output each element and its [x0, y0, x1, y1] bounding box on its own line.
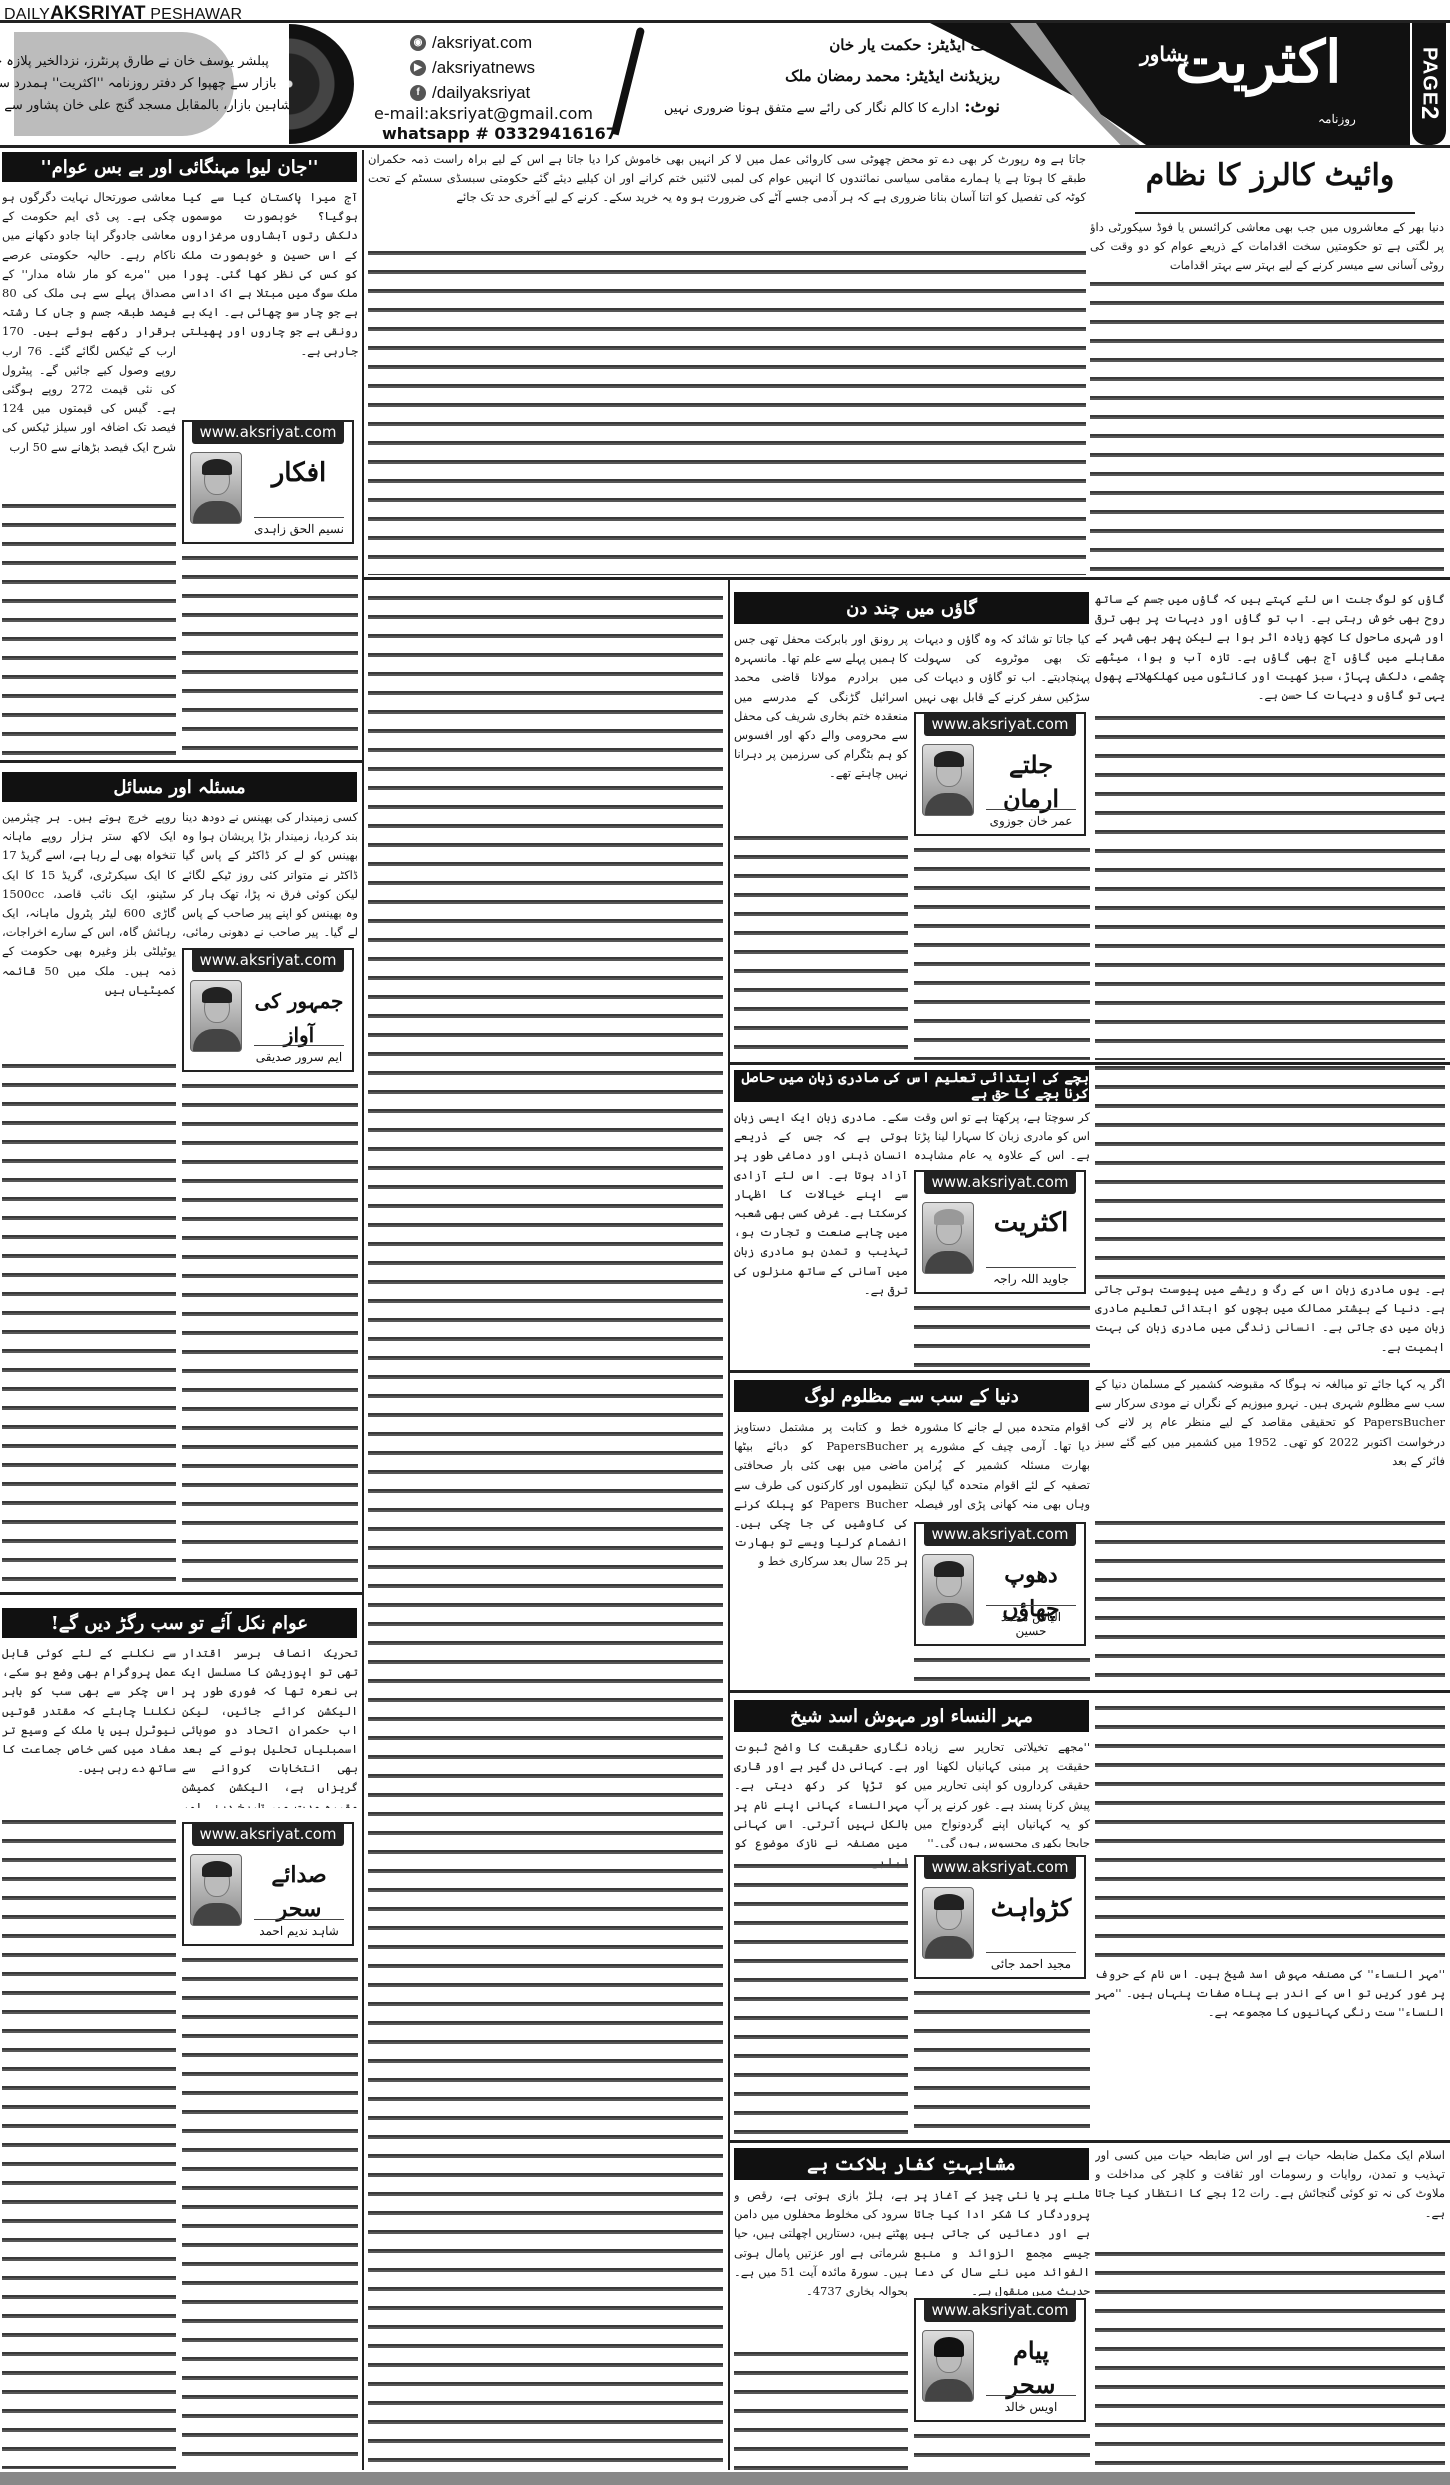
article-body: نگاری حقیقت کا واضح ثبوت ہے۔ کہانی دل گی… [734, 1740, 908, 1869]
editorial-title: وائیٹ کالرز کا نظام [1100, 158, 1440, 193]
text-lines [182, 550, 358, 758]
article-text: خط و کتابت پر مشتمل دستاویز PapersBucher… [734, 1418, 908, 1688]
column-name: صدائے سحر [254, 1858, 344, 1926]
text-lines [368, 245, 1086, 575]
text-lines [2, 498, 176, 758]
publisher-line: بازار سے چھپوا کر دفتر روزنامہ ''اکثریت'… [0, 73, 277, 95]
column-name: جلتے ارمان [986, 748, 1076, 816]
site-url[interactable]: www.aksriyat.com [924, 1170, 1076, 1194]
article-body: ''مجھے تخیلاتی تحاریر سے زیادہ حقیقت پر … [914, 1740, 1090, 1848]
column-divider [728, 580, 730, 2470]
article-text: سے نکلنے کے لئے کوئی قابل عمل پروگرام بھ… [2, 1644, 176, 2469]
text-lines [1090, 276, 1444, 573]
column-name: اکثریت [986, 1206, 1076, 1240]
article-text: کیا جاتا تو شائد کہ وہ گاؤں و دیہات تک ب… [914, 630, 1090, 708]
article-body: ہے۔ یوں مادری زبان اس کے رگ و ریشے میں پ… [1095, 1280, 1445, 1357]
section-divider [0, 1592, 362, 1595]
section-title: گاؤں میں چند دن [734, 592, 1089, 624]
page-number: 2 [1415, 106, 1443, 120]
column-divider [362, 150, 364, 2470]
article-body: تحریک انصاف برسر اقتدار تھی تو اپوزیشن ک… [182, 1646, 358, 1808]
columnist-photo [190, 1854, 242, 1926]
article-body: سے نکلنے کے لئے کوئی قابل عمل پروگرام بھ… [2, 1646, 176, 1775]
columnist-photo [922, 1554, 974, 1626]
contact-website[interactable]: ◉ /aksriyat.com [410, 30, 610, 55]
article-text: آج میرا پاکستان کیا سے کیا ہوگیا؟ خوبصور… [182, 188, 358, 414]
site-url[interactable]: www.aksriyat.com [924, 712, 1076, 736]
editorial-text: جاتا ہے وہ رپورٹ کر بھی دے تو محض چھوٹی … [368, 152, 1086, 204]
article-body: کسی زمیندار کی بھینس نے دودھ دینا بند کر… [182, 810, 358, 944]
whatsapp-number[interactable]: whatsapp # 03329416167 [382, 124, 617, 143]
contact-text: /dailyaksriyat [432, 83, 530, 103]
text-lines [182, 1078, 358, 1588]
section-title: مہر النساء اور مہوش اسد شیخ [734, 1700, 1089, 1732]
article-text: کسی زمیندار کی بھینس نے دودھ دینا بند کر… [182, 808, 358, 944]
article-body: آج میرا پاکستان کیا سے کیا ہوگیا؟ خوبصور… [182, 190, 358, 358]
column-name: پیام سحر [986, 2334, 1076, 2402]
footer-bar [0, 2472, 1450, 2485]
article-text: ملنے پر یا نئی چیز کے آغاز پر پروردگار ک… [914, 2186, 1090, 2296]
text-lines [182, 1952, 358, 2469]
column-name: کڑواہٹ [986, 1891, 1076, 1925]
page-badge: PAGE2 [1412, 23, 1446, 145]
article-text: اسلام ایک مکمل ضابطہ حیات ہے اور اس ضابط… [1095, 2146, 1445, 2470]
section-title: مسئلہ اور مسائل [2, 772, 357, 802]
publisher-line: پبلشر یوسف خان نے طارق پرنٹرز، نزدالخیر … [0, 51, 269, 73]
article-text: نگاری حقیقت کا واضح ثبوت ہے۔ کہانی دل گی… [734, 1738, 908, 2138]
article-body: ملنے پر یا نئی چیز کے آغاز پر پروردگار ک… [914, 2188, 1090, 2296]
section-title: بچے کی ابتدائی تعلیم اس کی مادری زبان می… [734, 1070, 1089, 1102]
article-text: معاشی صورتحال نہایت دگرگوں ہو چکی ہے۔ پی… [2, 188, 176, 758]
note-text: ادارے کا کالم نگار کی رائے سے متفق ہونا … [664, 101, 959, 116]
section-title: دنیا کے سب سے مظلوم لوگ [734, 1380, 1089, 1412]
disclaimer-note: نوٹ: ادارے کا کالم نگار کی رائے سے متفق … [700, 92, 1000, 124]
globe-icon: ◉ [410, 35, 426, 51]
text-lines [734, 2346, 908, 2470]
article-body: گاؤں کو لوگ جنت اس لئے کہتے ہیں کہ گاؤں … [1095, 592, 1445, 702]
section-divider [730, 1370, 1450, 1373]
article-body: سکے۔ مادری زبان ایک ایسی زبان ہوتی ہے کہ… [734, 1110, 908, 1297]
author-name: شاہد ندیم احمد [254, 1919, 344, 1938]
author-name: اویس خالد [986, 2395, 1076, 2414]
author-name: مجید احمد جائی [986, 1952, 1076, 1971]
columnist-box: www.aksriyat.com افکار نسیم الحق زاہدی [182, 420, 354, 544]
article-text: پر رونق اور بابرکت محفل تھی جس کا ہمیں پ… [734, 630, 908, 830]
column-name: جمہور کی آواز [254, 984, 344, 1052]
article-body: معاشی صورتحال نہایت دگرگوں ہو چکی ہے۔ پی… [2, 190, 176, 454]
youtube-icon: ▶ [410, 60, 426, 76]
article-text: سکے۔ مادری زبان ایک ایسی زبان ہوتی ہے کہ… [734, 1108, 908, 1368]
text-lines [1095, 1700, 1445, 1960]
text-lines [914, 1300, 1090, 1368]
site-url[interactable]: www.aksriyat.com [192, 420, 344, 444]
logo-city: پشاور [1140, 42, 1189, 66]
article-body: ''مہر النساء'' کی مصنفہ مہوش اسد شیخ ہیں… [1095, 1965, 1445, 2023]
text-lines [1095, 2246, 1445, 2470]
author-name: عمر خان جوزوی [986, 809, 1076, 828]
column-name: افکار [254, 456, 344, 490]
columnist-box: www.aksriyat.com کڑواہٹ مجید احمد جائی [914, 1855, 1086, 1979]
article-body: اگر یہ کہا جائے تو مبالغہ نہ ہوگا کہ مقب… [1095, 1377, 1445, 1468]
logo-subtitle: روزنامہ [1318, 112, 1356, 126]
text-lines [914, 2428, 1090, 2470]
resident-editor: ریزیڈنٹ ایڈیٹر: محمد رمضان ملک [700, 61, 1000, 92]
article-text: ہے۔ یوں مادری زبان اس کے رگ و ریشے میں پ… [1095, 1060, 1445, 1366]
contact-text: /aksriyatnews [432, 58, 535, 78]
page-label: PAGE [1418, 47, 1441, 106]
editor-credits: چیف ایڈیٹر: حکمت یار خان ریزیڈنٹ ایڈیٹر:… [700, 30, 1000, 124]
article-body: روپے خرچ ہوتے ہیں۔ ہر چیئرمین ایک لاکھ س… [2, 810, 176, 997]
columnist-box: www.aksriyat.com اکثریت جاوید اللہ راجہ [914, 1170, 1086, 1294]
columnist-photo [922, 1887, 974, 1959]
section-title: عوام نکل آئے تو سب رگڑ دیں گے! [2, 1608, 357, 1638]
section-divider [730, 1690, 1450, 1693]
site-url[interactable]: www.aksriyat.com [924, 1855, 1076, 1879]
editorial-body: جاتا ہے وہ رپورٹ کر بھی دے تو محض چھوٹی … [368, 150, 1086, 575]
editorial-lead: دنیا بھر کے معاشروں میں جب بھی معاشی کرا… [1090, 218, 1444, 573]
article-text: روپے خرچ ہوتے ہیں۔ ہر چیئرمین ایک لاکھ س… [2, 808, 176, 1588]
article-body: اقوام متحدہ میں لے جانے کا مشورہ دیا تھا… [914, 1420, 1090, 1518]
section-title: ''جان لیوا مہنگائی اور بے بس عوام'' [2, 152, 357, 182]
author-name: ایم سرور صدیقی [254, 1045, 344, 1064]
columnist-photo [922, 1202, 974, 1274]
columnist-box: www.aksriyat.com جمہور کی آواز ایم سرور … [182, 948, 354, 1072]
author-name: الیاس محمد حسین [986, 1605, 1076, 1638]
article-body: اسلام ایک مکمل ضابطہ حیات ہے اور اس ضابط… [1095, 2148, 1445, 2220]
columnist-box: www.aksriyat.com دھوپ چھاؤں الیاس محمد ح… [914, 1522, 1086, 1646]
article-text: اگر یہ کہا جائے تو مبالغہ نہ ہوگا کہ مقب… [1095, 1375, 1445, 1687]
contact-text: /aksriyat.com [432, 33, 532, 53]
columnist-photo [190, 452, 242, 524]
text-lines [734, 830, 908, 1060]
article-body: کر سوچتا ہے، پرکھتا ہے تو اس وقت اس کو م… [914, 1110, 1090, 1168]
site-url[interactable]: www.aksriyat.com [192, 948, 344, 972]
article-text: ''مجھے تخیلاتی تحاریر سے زیادہ حقیقت پر … [914, 1738, 1090, 1848]
note-label: نوٹ: [964, 97, 1000, 117]
text-lines [2, 1814, 176, 2469]
article-text: ہے، ہلڑ بازی ہوتی ہے، رقص و سرود کی مخلو… [734, 2186, 908, 2470]
newspaper-logo: اکثریت [1175, 28, 1341, 96]
site-url[interactable]: www.aksriyat.com [924, 1522, 1076, 1546]
article-text: تحریک انصاف برسر اقتدار تھی تو اپوزیشن ک… [182, 1644, 358, 1808]
author-name: جاوید اللہ راجہ [986, 1267, 1076, 1286]
columnist-photo [922, 2330, 974, 2402]
text-lines [2, 1058, 176, 1588]
section-divider [364, 577, 1450, 580]
columnist-box: www.aksriyat.com صدائے سحر شاہد ندیم احم… [182, 1822, 354, 1946]
columnist-photo [190, 980, 242, 1052]
article-body: ہے، ہلڑ بازی ہوتی ہے، رقص و سرود کی مخلو… [734, 2188, 908, 2298]
article-text: اقوام متحدہ میں لے جانے کا مشورہ دیا تھا… [914, 1418, 1090, 1518]
article-body: خط و کتابت پر مشتمل دستاویز PapersBucher… [734, 1420, 908, 1568]
contact-list: ◉ /aksriyat.com ▶ /aksriyatnews f /daily… [410, 30, 610, 105]
text-lines [914, 1652, 1090, 1688]
text-lines [368, 590, 723, 2470]
article-text: کر سوچتا ہے، پرکھتا ہے تو اس وقت اس کو م… [914, 1108, 1090, 1168]
section-title: مشابہتِ کفار ہلاکت ہے [734, 2148, 1089, 2180]
author-name: نسیم الحق زاہدی [254, 517, 344, 536]
section-divider [730, 2140, 1450, 2143]
editorial-text: دنیا بھر کے معاشروں میں جب بھی معاشی کرا… [1090, 220, 1444, 272]
text-lines [1095, 1515, 1445, 1687]
section-divider [0, 760, 362, 763]
editorial-underline [1135, 212, 1415, 214]
site-url[interactable]: www.aksriyat.com [192, 1822, 344, 1846]
publisher-line: شاہین بازار، بالمقابل مسجد گنج علی خان پ… [0, 95, 292, 117]
article-text: گاؤں کو لوگ جنت اس لئے کہتے ہیں کہ گاؤں … [1095, 590, 1445, 1060]
text-lines [914, 842, 1090, 1060]
columnist-box: www.aksriyat.com جلتے ارمان عمر خان جوزو… [914, 712, 1086, 836]
publisher-box: پبلشر یوسف خان نے طارق پرنٹرز، نزدالخیر … [14, 32, 234, 136]
email[interactable]: e-mail:aksriyat@gmail.com [374, 104, 593, 123]
text-lines [914, 1985, 1090, 2138]
article-text: ''مہر النساء'' کی مصنفہ مہوش اسد شیخ ہیں… [1095, 1700, 1445, 2136]
facebook-icon: f [410, 85, 426, 101]
columnist-box: www.aksriyat.com پیام سحر اویس خالد [914, 2298, 1086, 2422]
columnist-photo [922, 744, 974, 816]
text-lines [1095, 710, 1445, 1060]
contact-facebook[interactable]: f /dailyaksriyat [410, 80, 610, 105]
article-body: پر رونق اور بابرکت محفل تھی جس کا ہمیں پ… [734, 632, 908, 780]
article-body: کیا جاتا تو شائد کہ وہ گاؤں و دیہات تک ب… [914, 632, 1090, 708]
text-lines [1095, 1060, 1445, 1280]
text-lines [734, 1858, 908, 2138]
site-url[interactable]: www.aksriyat.com [924, 2298, 1076, 2322]
contact-youtube[interactable]: ▶ /aksriyatnews [410, 55, 610, 80]
